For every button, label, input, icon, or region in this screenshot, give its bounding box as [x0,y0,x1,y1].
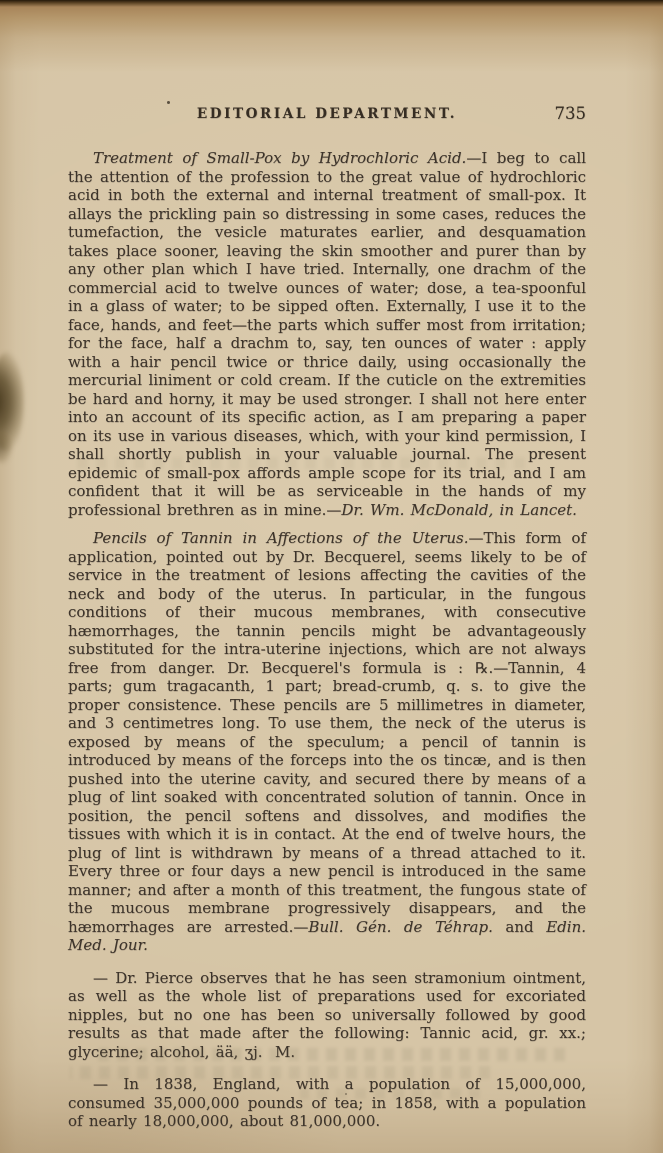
paragraph-tea-consumption-note: — In 1838, England, with a population of… [68,1075,586,1131]
bleed-through-smudge [95,1048,565,1061]
bleed-through-smudge [75,457,525,469]
paper-speck [167,101,170,104]
paragraph-tannin-pencils: Pencils of Tannin in Affections of the U… [68,529,586,955]
page-content: EDITORIAL DEPARTMENT. 735 Treatment of S… [68,106,586,1141]
bleed-through-smudge [70,1066,490,1079]
running-head: EDITORIAL DEPARTMENT. 735 [68,106,586,128]
page-number: 735 [555,104,587,123]
section-title: EDITORIAL DEPARTMENT. [68,106,586,122]
scanned-journal-page: EDITORIAL DEPARTMENT. 735 Treatment of S… [0,0,663,1153]
bleed-through-smudge [300,1088,480,1099]
